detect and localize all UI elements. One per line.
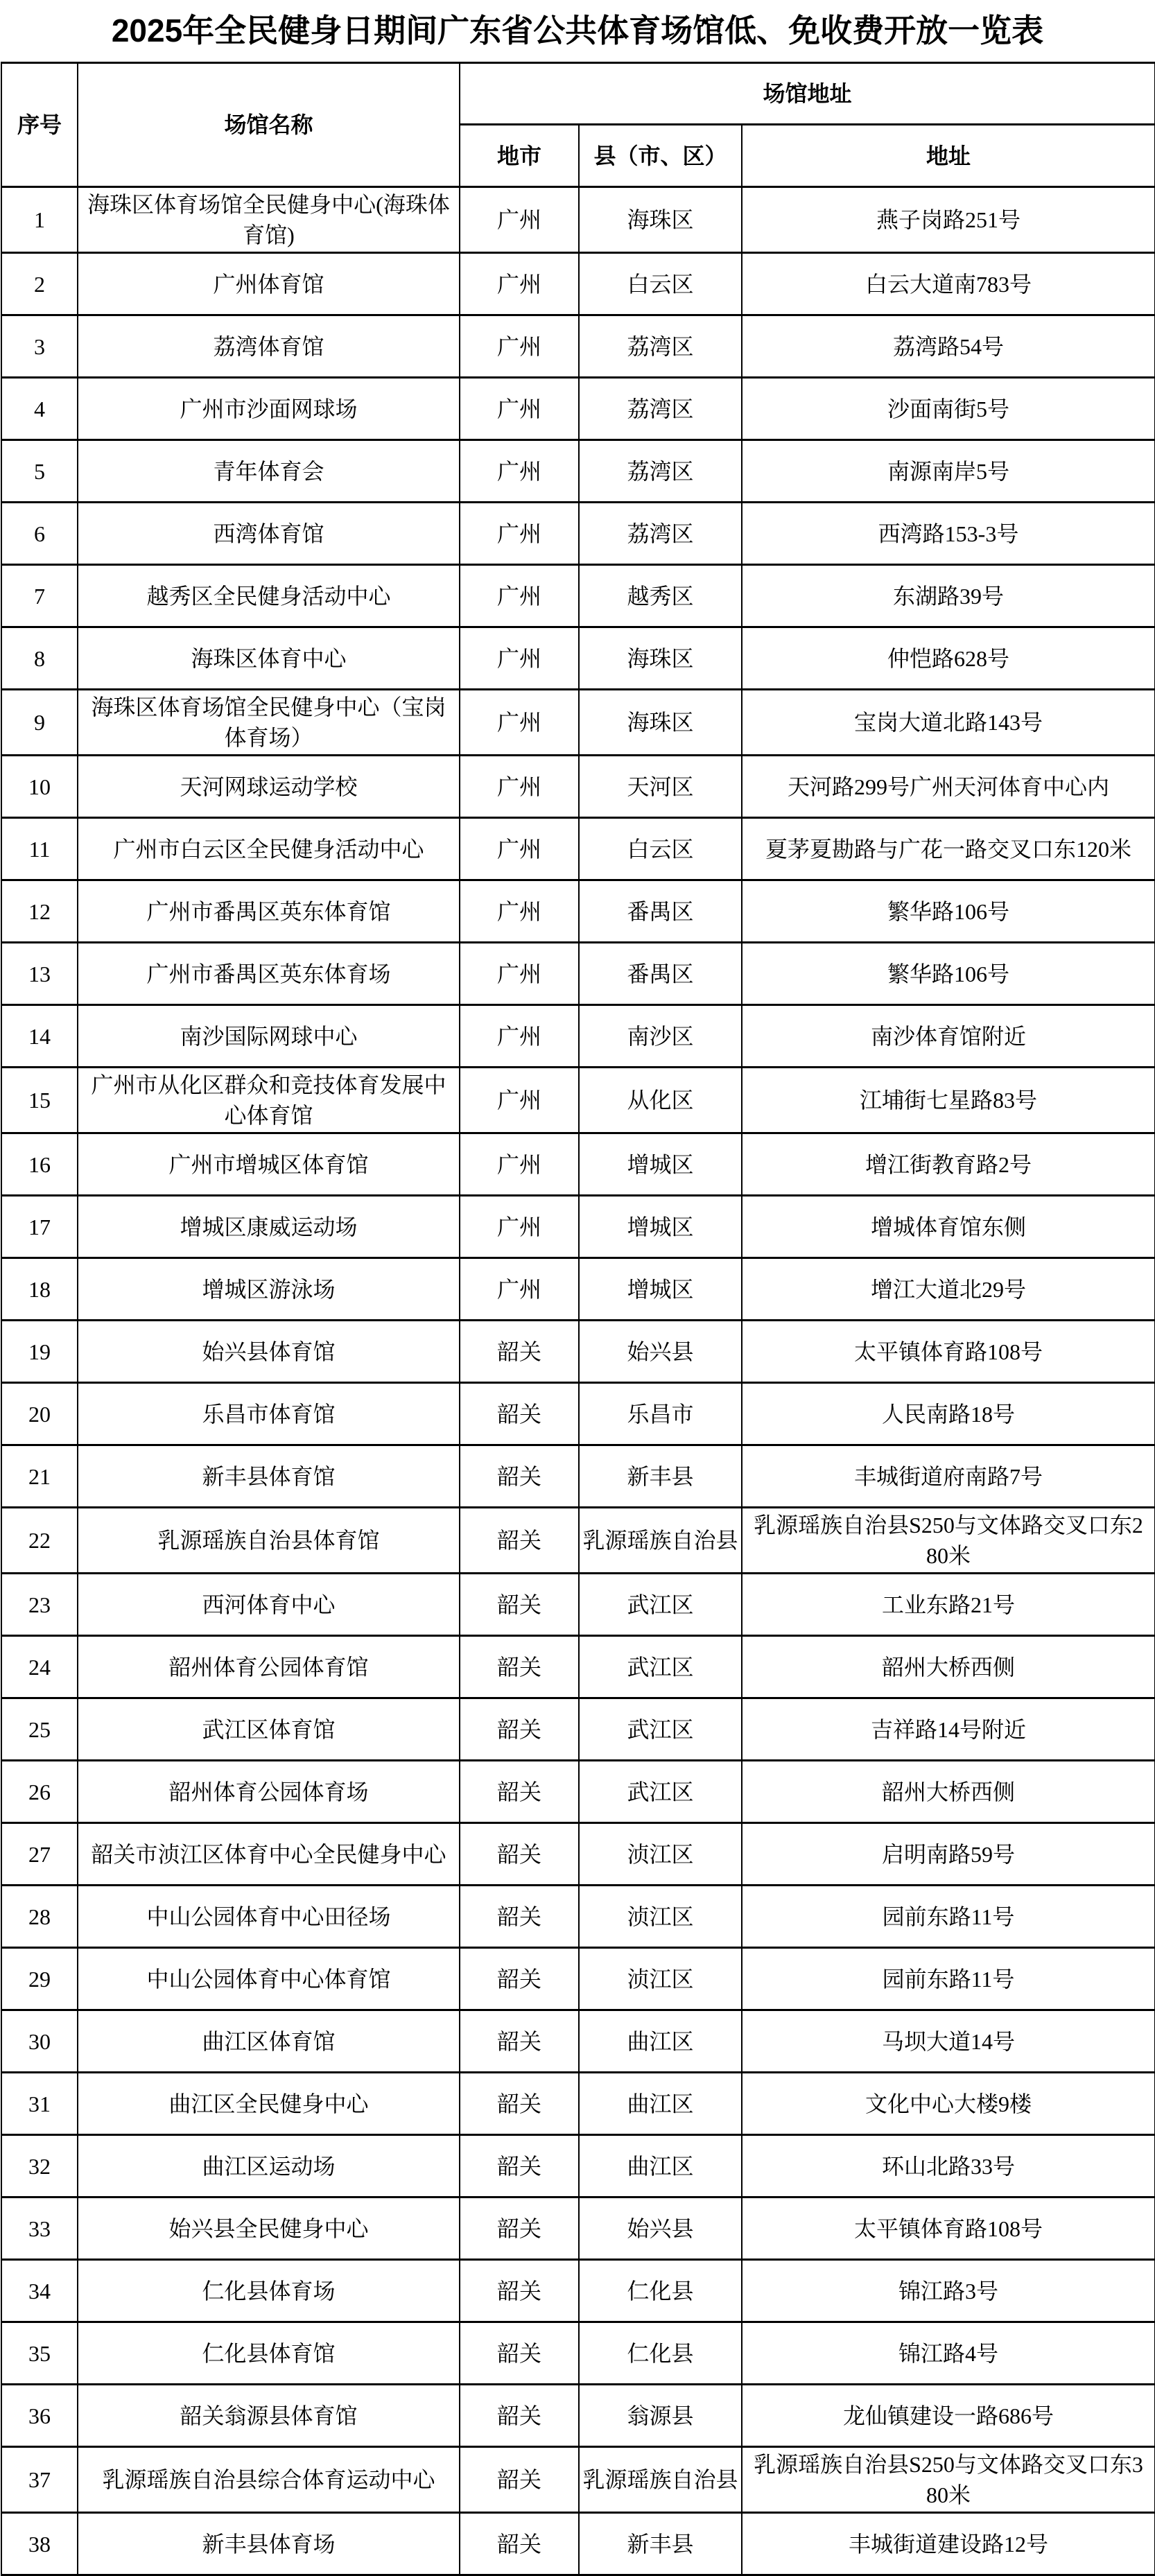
table-row: 34仁化县体育场韶关仁化县锦江路3号 [1,2260,1155,2322]
city-cell: 广州 [460,818,579,880]
table-row: 33始兴县全民健身中心韶关始兴县太平镇体育路108号 [1,2198,1155,2260]
city-cell: 韶关 [460,1383,579,1445]
venue-cell: 韶关市浈江区体育中心全民健身中心 [78,1823,460,1886]
address-cell: 吉祥路14号附近 [742,1698,1155,1761]
table-row: 38新丰县体育场韶关新丰县丰城街道建设路12号 [1,2513,1155,2575]
address-cell: 增江大道北29号 [742,1258,1155,1321]
county-cell: 曲江区 [579,2135,742,2198]
table-header: 序号 场馆名称 场馆地址 地市 县（市、区） 地址 [1,63,1155,187]
city-cell: 广州 [460,880,579,943]
index-cell: 26 [1,1761,78,1823]
address-cell: 江埔街七星路83号 [742,1068,1155,1133]
table-row: 16广州市增城区体育馆广州增城区增江街教育路2号 [1,1133,1155,1196]
header-city: 地市 [460,125,579,187]
venue-cell: 增城区游泳场 [78,1258,460,1321]
city-cell: 广州 [460,943,579,1005]
index-cell: 30 [1,2010,78,2073]
venue-cell: 乳源瑶族自治县综合体育运动中心 [78,2447,460,2513]
venues-table: 序号 场馆名称 场馆地址 地市 县（市、区） 地址 1海珠区体育场馆全民健身中心… [1,62,1155,2576]
header-index: 序号 [1,63,78,187]
city-cell: 广州 [460,690,579,756]
table-row: 23西河体育中心韶关武江区工业东路21号 [1,1574,1155,1636]
index-cell: 15 [1,1068,78,1133]
index-cell: 24 [1,1636,78,1698]
city-cell: 韶关 [460,1508,579,1574]
address-cell: 增江街教育路2号 [742,1133,1155,1196]
county-cell: 番禺区 [579,880,742,943]
county-cell: 荔湾区 [579,378,742,440]
index-cell: 14 [1,1005,78,1068]
city-cell: 韶关 [460,1823,579,1886]
county-cell: 始兴县 [579,1321,742,1383]
table-row: 21新丰县体育馆韶关新丰县丰城街道府南路7号 [1,1445,1155,1508]
table-row: 14南沙国际网球中心广州南沙区南沙体育馆附近 [1,1005,1155,1068]
county-cell: 荔湾区 [579,315,742,378]
index-cell: 18 [1,1258,78,1321]
county-cell: 乳源瑶族自治县 [579,2447,742,2513]
city-cell: 广州 [460,253,579,315]
table-row: 32曲江区运动场韶关曲江区环山北路33号 [1,2135,1155,2198]
county-cell: 新丰县 [579,1445,742,1508]
table-row: 7越秀区全民健身活动中心广州越秀区东湖路39号 [1,565,1155,627]
index-cell: 35 [1,2322,78,2385]
venue-cell: 广州市番禺区英东体育馆 [78,880,460,943]
table-row: 1海珠区体育场馆全民健身中心(海珠体育馆)广州海珠区燕子岗路251号 [1,187,1155,253]
county-cell: 武江区 [579,1698,742,1761]
county-cell: 乳源瑶族自治县 [579,1508,742,1574]
index-cell: 13 [1,943,78,1005]
table-row: 22乳源瑶族自治县体育馆韶关乳源瑶族自治县乳源瑶族自治县S250与文体路交叉口东… [1,1508,1155,1574]
county-cell: 天河区 [579,756,742,818]
address-cell: 燕子岗路251号 [742,187,1155,253]
table-row: 4广州市沙面网球场广州荔湾区沙面南街5号 [1,378,1155,440]
table-row: 10天河网球运动学校广州天河区天河路299号广州天河体育中心内 [1,756,1155,818]
address-cell: 丰城街道建设路12号 [742,2513,1155,2575]
city-cell: 韶关 [460,2385,579,2447]
index-cell: 19 [1,1321,78,1383]
address-cell: 沙面南街5号 [742,378,1155,440]
city-cell: 广州 [460,1258,579,1321]
table-row: 6西湾体育馆广州荔湾区西湾路153-3号 [1,503,1155,565]
venue-cell: 始兴县体育馆 [78,1321,460,1383]
address-cell: 工业东路21号 [742,1574,1155,1636]
index-cell: 6 [1,503,78,565]
county-cell: 增城区 [579,1196,742,1258]
venue-cell: 曲江区运动场 [78,2135,460,2198]
index-cell: 27 [1,1823,78,1886]
city-cell: 广州 [460,756,579,818]
address-cell: 环山北路33号 [742,2135,1155,2198]
address-cell: 丰城街道府南路7号 [742,1445,1155,1508]
index-cell: 12 [1,880,78,943]
address-cell: 园前东路11号 [742,1948,1155,2010]
index-cell: 11 [1,818,78,880]
index-cell: 34 [1,2260,78,2322]
county-cell: 乐昌市 [579,1383,742,1445]
index-cell: 17 [1,1196,78,1258]
index-cell: 36 [1,2385,78,2447]
city-cell: 广州 [460,378,579,440]
venue-cell: 广州市白云区全民健身活动中心 [78,818,460,880]
city-cell: 韶关 [460,2447,579,2513]
address-cell: 太平镇体育路108号 [742,2198,1155,2260]
city-cell: 韶关 [460,2198,579,2260]
index-cell: 4 [1,378,78,440]
index-cell: 8 [1,627,78,690]
county-cell: 海珠区 [579,187,742,253]
header-venue-name: 场馆名称 [78,63,460,187]
venue-cell: 曲江区体育馆 [78,2010,460,2073]
address-cell: 仲恺路628号 [742,627,1155,690]
table-row: 28中山公园体育中心田径场韶关浈江区园前东路11号 [1,1886,1155,1948]
county-cell: 越秀区 [579,565,742,627]
index-cell: 16 [1,1133,78,1196]
county-cell: 翁源县 [579,2385,742,2447]
index-cell: 2 [1,253,78,315]
index-cell: 28 [1,1886,78,1948]
index-cell: 25 [1,1698,78,1761]
county-cell: 曲江区 [579,2010,742,2073]
city-cell: 韶关 [460,1886,579,1948]
venue-cell: 仁化县体育馆 [78,2322,460,2385]
table-row: 19始兴县体育馆韶关始兴县太平镇体育路108号 [1,1321,1155,1383]
index-cell: 32 [1,2135,78,2198]
table-row: 12广州市番禺区英东体育馆广州番禺区繁华路106号 [1,880,1155,943]
index-cell: 22 [1,1508,78,1574]
venue-cell: 乳源瑶族自治县体育馆 [78,1508,460,1574]
address-cell: 太平镇体育路108号 [742,1321,1155,1383]
table-row: 18增城区游泳场广州增城区增江大道北29号 [1,1258,1155,1321]
city-cell: 韶关 [460,2135,579,2198]
table-row: 20乐昌市体育馆韶关乐昌市人民南路18号 [1,1383,1155,1445]
county-cell: 新丰县 [579,2513,742,2575]
index-cell: 7 [1,565,78,627]
venue-cell: 仁化县体育场 [78,2260,460,2322]
address-cell: 龙仙镇建设一路686号 [742,2385,1155,2447]
address-cell: 西湾路153-3号 [742,503,1155,565]
table-row: 13广州市番禺区英东体育场广州番禺区繁华路106号 [1,943,1155,1005]
county-cell: 浈江区 [579,1823,742,1886]
venue-cell: 新丰县体育馆 [78,1445,460,1508]
address-cell: 天河路299号广州天河体育中心内 [742,756,1155,818]
venue-cell: 中山公园体育中心体育馆 [78,1948,460,2010]
county-cell: 荔湾区 [579,503,742,565]
venue-cell: 青年体育会 [78,440,460,503]
header-county: 县（市、区） [579,125,742,187]
index-cell: 23 [1,1574,78,1636]
county-cell: 仁化县 [579,2322,742,2385]
address-cell: 东湖路39号 [742,565,1155,627]
header-row-group: 序号 场馆名称 场馆地址 [1,63,1155,125]
city-cell: 韶关 [460,1636,579,1698]
venue-cell: 广州市沙面网球场 [78,378,460,440]
table-row: 31曲江区全民健身中心韶关曲江区文化中心大楼9楼 [1,2073,1155,2135]
page-title: 2025年全民健身日期间广东省公共体育场馆低、免收费开放一览表 [0,0,1155,62]
table-row: 15广州市从化区群众和竞技体育发展中心体育馆广州从化区江埔街七星路83号 [1,1068,1155,1133]
venue-cell: 广州市增城区体育馆 [78,1133,460,1196]
index-cell: 20 [1,1383,78,1445]
venue-cell: 始兴县全民健身中心 [78,2198,460,2260]
city-cell: 韶关 [460,2260,579,2322]
address-cell: 文化中心大楼9楼 [742,2073,1155,2135]
venue-cell: 武江区体育馆 [78,1698,460,1761]
city-cell: 韶关 [460,1698,579,1761]
county-cell: 仁化县 [579,2260,742,2322]
venue-cell: 韶州体育公园体育场 [78,1761,460,1823]
city-cell: 广州 [460,315,579,378]
county-cell: 番禺区 [579,943,742,1005]
venue-cell: 越秀区全民健身活动中心 [78,565,460,627]
city-cell: 韶关 [460,1574,579,1636]
address-cell: 锦江路4号 [742,2322,1155,2385]
table-row: 27韶关市浈江区体育中心全民健身中心韶关浈江区启明南路59号 [1,1823,1155,1886]
city-cell: 广州 [460,1133,579,1196]
city-cell: 广州 [460,187,579,253]
address-cell: 增城体育馆东侧 [742,1196,1155,1258]
county-cell: 从化区 [579,1068,742,1133]
city-cell: 韶关 [460,2073,579,2135]
county-cell: 荔湾区 [579,440,742,503]
address-cell: 荔湾路54号 [742,315,1155,378]
venue-cell: 增城区康威运动场 [78,1196,460,1258]
index-cell: 3 [1,315,78,378]
header-address-group: 场馆地址 [460,63,1155,125]
index-cell: 37 [1,2447,78,2513]
table-row: 25武江区体育馆韶关武江区吉祥路14号附近 [1,1698,1155,1761]
city-cell: 韶关 [460,1761,579,1823]
table-row: 26韶州体育公园体育场韶关武江区韶州大桥西侧 [1,1761,1155,1823]
county-cell: 浈江区 [579,1886,742,1948]
table-row: 17增城区康威运动场广州增城区增城体育馆东侧 [1,1196,1155,1258]
address-cell: 繁华路106号 [742,943,1155,1005]
county-cell: 增城区 [579,1133,742,1196]
venue-cell: 天河网球运动学校 [78,756,460,818]
county-cell: 海珠区 [579,627,742,690]
city-cell: 广州 [460,627,579,690]
address-cell: 启明南路59号 [742,1823,1155,1886]
city-cell: 广州 [460,565,579,627]
county-cell: 浈江区 [579,1948,742,2010]
venue-cell: 广州市从化区群众和竞技体育发展中心体育馆 [78,1068,460,1133]
table-row: 24韶州体育公园体育馆韶关武江区韶州大桥西侧 [1,1636,1155,1698]
county-cell: 增城区 [579,1258,742,1321]
city-cell: 韶关 [460,2322,579,2385]
table-row: 2广州体育馆广州白云区白云大道南783号 [1,253,1155,315]
venue-cell: 曲江区全民健身中心 [78,2073,460,2135]
address-cell: 韶州大桥西侧 [742,1636,1155,1698]
city-cell: 广州 [460,1196,579,1258]
table-row: 5青年体育会广州荔湾区南源南岸5号 [1,440,1155,503]
county-cell: 海珠区 [579,690,742,756]
table-row: 30曲江区体育馆韶关曲江区马坝大道14号 [1,2010,1155,2073]
table-row: 9海珠区体育场馆全民健身中心（宝岗体育场）广州海珠区宝岗大道北路143号 [1,690,1155,756]
index-cell: 31 [1,2073,78,2135]
city-cell: 韶关 [460,1445,579,1508]
table-row: 29中山公园体育中心体育馆韶关浈江区园前东路11号 [1,1948,1155,2010]
venue-cell: 韶州体育公园体育馆 [78,1636,460,1698]
address-cell: 南源南岸5号 [742,440,1155,503]
address-cell: 乳源瑶族自治县S250与文体路交叉口东380米 [742,2447,1155,2513]
page: 2025年全民健身日期间广东省公共体育场馆低、免收费开放一览表 序号 场馆名称 … [0,0,1155,2576]
county-cell: 白云区 [579,253,742,315]
venue-cell: 海珠区体育场馆全民健身中心（宝岗体育场） [78,690,460,756]
venue-cell: 广州体育馆 [78,253,460,315]
address-cell: 南沙体育馆附近 [742,1005,1155,1068]
table-row: 36韶关翁源县体育馆韶关翁源县龙仙镇建设一路686号 [1,2385,1155,2447]
city-cell: 广州 [460,503,579,565]
address-cell: 宝岗大道北路143号 [742,690,1155,756]
header-address: 地址 [742,125,1155,187]
address-cell: 锦江路3号 [742,2260,1155,2322]
venue-cell: 海珠区体育中心 [78,627,460,690]
table-row: 3荔湾体育馆广州荔湾区荔湾路54号 [1,315,1155,378]
county-cell: 武江区 [579,1636,742,1698]
city-cell: 广州 [460,1005,579,1068]
index-cell: 21 [1,1445,78,1508]
venue-cell: 西湾体育馆 [78,503,460,565]
county-cell: 白云区 [579,818,742,880]
county-cell: 曲江区 [579,2073,742,2135]
county-cell: 武江区 [579,1761,742,1823]
city-cell: 韶关 [460,1948,579,2010]
index-cell: 10 [1,756,78,818]
address-cell: 韶州大桥西侧 [742,1761,1155,1823]
address-cell: 夏茅夏勘路与广花一路交叉口东120米 [742,818,1155,880]
address-cell: 乳源瑶族自治县S250与文体路交叉口东280米 [742,1508,1155,1574]
venue-cell: 荔湾体育馆 [78,315,460,378]
index-cell: 9 [1,690,78,756]
venue-cell: 新丰县体育场 [78,2513,460,2575]
venue-cell: 韶关翁源县体育馆 [78,2385,460,2447]
table-row: 8海珠区体育中心广州海珠区仲恺路628号 [1,627,1155,690]
index-cell: 29 [1,1948,78,2010]
index-cell: 5 [1,440,78,503]
city-cell: 韶关 [460,2513,579,2575]
venue-cell: 南沙国际网球中心 [78,1005,460,1068]
venue-cell: 乐昌市体育馆 [78,1383,460,1445]
county-cell: 始兴县 [579,2198,742,2260]
address-cell: 园前东路11号 [742,1886,1155,1948]
city-cell: 韶关 [460,2010,579,2073]
city-cell: 广州 [460,440,579,503]
venue-cell: 西河体育中心 [78,1574,460,1636]
address-cell: 白云大道南783号 [742,253,1155,315]
address-cell: 人民南路18号 [742,1383,1155,1445]
address-cell: 繁华路106号 [742,880,1155,943]
city-cell: 韶关 [460,1321,579,1383]
venue-cell: 海珠区体育场馆全民健身中心(海珠体育馆) [78,187,460,253]
address-cell: 马坝大道14号 [742,2010,1155,2073]
venue-cell: 中山公园体育中心田径场 [78,1886,460,1948]
table-row: 35仁化县体育馆韶关仁化县锦江路4号 [1,2322,1155,2385]
city-cell: 广州 [460,1068,579,1133]
table-row: 37乳源瑶族自治县综合体育运动中心韶关乳源瑶族自治县乳源瑶族自治县S250与文体… [1,2447,1155,2513]
venue-cell: 广州市番禺区英东体育场 [78,943,460,1005]
table-body: 1海珠区体育场馆全民健身中心(海珠体育馆)广州海珠区燕子岗路251号2广州体育馆… [1,187,1155,2575]
county-cell: 武江区 [579,1574,742,1636]
table-row: 11广州市白云区全民健身活动中心广州白云区夏茅夏勘路与广花一路交叉口东120米 [1,818,1155,880]
index-cell: 38 [1,2513,78,2575]
index-cell: 33 [1,2198,78,2260]
county-cell: 南沙区 [579,1005,742,1068]
index-cell: 1 [1,187,78,253]
